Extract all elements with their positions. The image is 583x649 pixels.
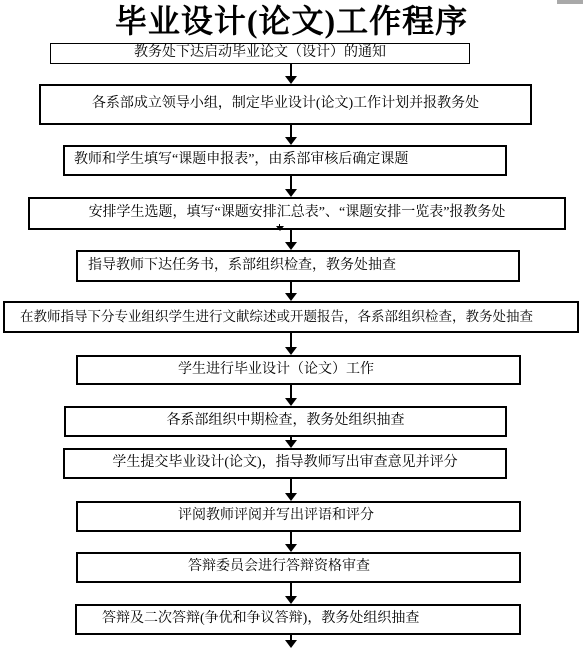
- flow-step-box: 评阅教师评阅并写出评语和评分: [76, 501, 521, 532]
- arrow-head-icon: [285, 137, 297, 145]
- flowchart-page: 毕业设计(论文)工作程序 教务处下达启动毕业论文（设计）的通知 各系部成立领导小…: [0, 0, 583, 649]
- arrow-head-icon: [285, 440, 297, 448]
- page-title: 毕业设计(论文)工作程序: [0, 1, 583, 41]
- flow-step-box: 各系部组织中期检查，教务处组织抽查: [64, 406, 507, 437]
- flow-step-box: 学生提交毕业设计(论文)，指导教师写出审查意见并评分: [63, 448, 507, 479]
- arrow-stem: [290, 281, 292, 293]
- arrow-stem: [290, 125, 292, 137]
- arrow-stem: [290, 531, 292, 544]
- arrow-stem: [290, 229, 292, 242]
- flow-step-box: 指导教师下达任务书，系部组织检查，教务处抽查: [76, 250, 520, 282]
- flow-step-box: 教务处下达启动毕业论文（设计）的通知: [50, 43, 470, 64]
- arrow-stem: [290, 479, 292, 493]
- arrow-head-icon: [285, 76, 297, 84]
- arrow-head-icon: [285, 242, 297, 250]
- down-arrow-connector: [284, 281, 297, 301]
- arrow-stem: [290, 583, 292, 596]
- down-arrow-connector: [284, 583, 297, 604]
- down-arrow-connector: [284, 63, 297, 84]
- flow-step-box: 在教师指导下分专业组织学生进行文献综述或开题报告，各系部组织检查，教务处抽查: [3, 301, 579, 333]
- flow-step-box: 答辩委员会进行答辩资格审查: [76, 552, 521, 583]
- flow-step-box: 安排学生选题，填写“课题安排汇总表”、“课题安排一览表”报教务处: [28, 197, 566, 230]
- down-arrow-connector: [284, 437, 297, 448]
- down-arrow-connector: [284, 229, 297, 250]
- arrow-stem: [290, 176, 292, 189]
- down-arrow-connector: [284, 531, 297, 552]
- flow-step-box: 学生进行毕业设计（论文）工作: [76, 355, 521, 385]
- arrow-head-icon: [285, 544, 297, 552]
- down-arrow-connector: [284, 385, 297, 406]
- down-arrow-connector: [284, 635, 297, 648]
- small-stray-arrowhead: [275, 224, 284, 231]
- arrow-stem: [290, 333, 292, 347]
- screen-corner-fragment: [557, 0, 583, 4]
- down-arrow-connector: [284, 333, 297, 355]
- arrow-head-icon: [285, 398, 297, 406]
- down-arrow-connector: [284, 176, 297, 197]
- arrow-head-icon: [285, 293, 297, 301]
- flow-step-box: 答辩及二次答辩(争优和争议答辩)，教务处组织抽查: [75, 604, 521, 635]
- flow-step-box: 各系部成立领导小组，制定毕业设计(论文)工作计划并报教务处: [39, 84, 532, 125]
- down-arrow-connector: [284, 479, 297, 501]
- arrow-stem: [290, 385, 292, 398]
- arrow-head-icon: [285, 189, 297, 197]
- arrow-head-icon: [285, 640, 297, 648]
- arrow-head-icon: [285, 347, 297, 355]
- arrow-stem: [290, 63, 292, 76]
- arrow-head-icon: [285, 596, 297, 604]
- down-arrow-connector: [284, 125, 297, 145]
- arrow-head-icon: [276, 226, 284, 231]
- arrow-head-icon: [285, 493, 297, 501]
- flow-step-box: 教师和学生填写“课题申报表”，由系部审核后确定课题: [63, 145, 507, 176]
